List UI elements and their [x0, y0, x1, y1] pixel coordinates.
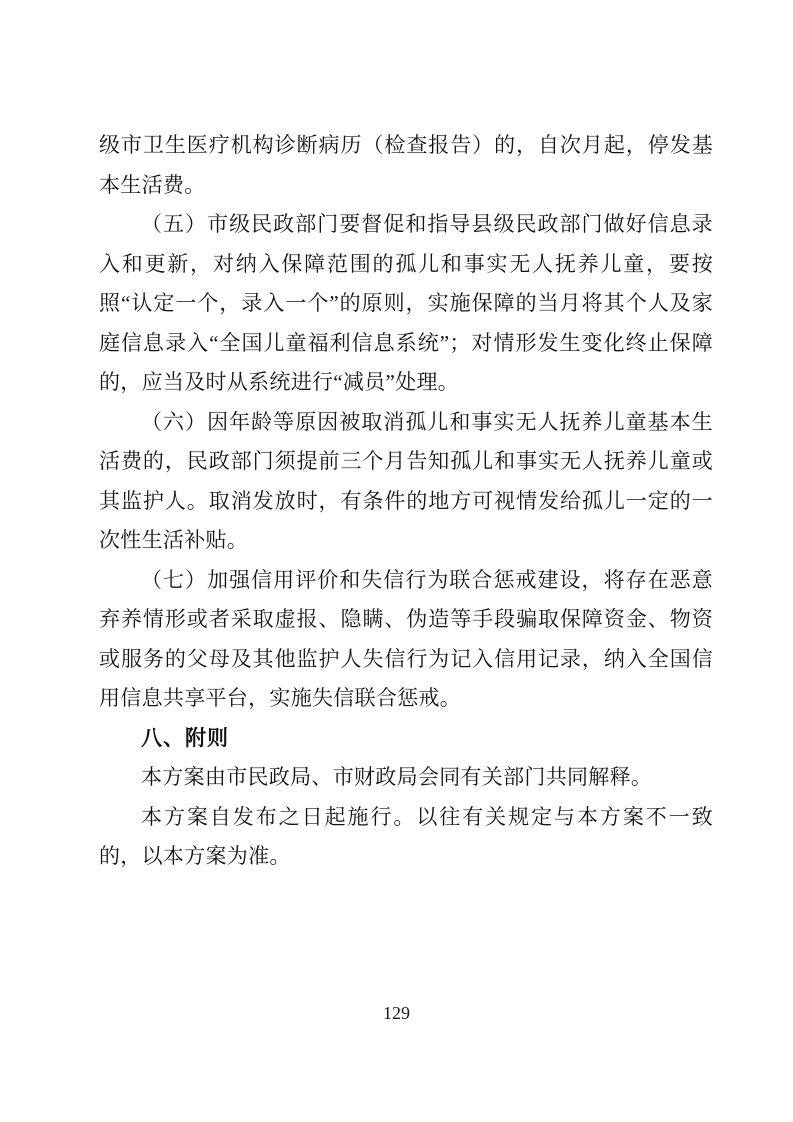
section-heading-supplementary-provisions: 八、附则 [99, 719, 713, 759]
document-page: 级市卫生医疗机构诊断病历（检查报告）的，自次月起，停发基本生活费。 （五）市级民… [0, 0, 793, 1122]
document-body: 级市卫生医疗机构诊断病历（检查报告）的，自次月起，停发基本生活费。 （五）市级民… [99, 126, 713, 877]
paragraph-continuation: 级市卫生医疗机构诊断病历（检查报告）的，自次月起，停发基本生活费。 [99, 126, 713, 205]
paragraph-item-5: （五）市级民政部门要督促和指导县级民政部门做好信息录入和更新，对纳入保障范围的孤… [99, 205, 713, 403]
page-number: 129 [0, 1000, 793, 1026]
paragraph-item-6: （六）因年龄等原因被取消孤儿和事实无人抚养儿童基本生活费的，民政部门须提前三个月… [99, 403, 713, 561]
paragraph-item-7: （七）加强信用评价和失信行为联合惩戒建设，将存在恶意弃养情形或者采取虚报、隐瞒、… [99, 561, 713, 719]
paragraph-effective-date: 本方案自发布之日起施行。以往有关规定与本方案不一致的，以本方案为准。 [99, 798, 713, 877]
paragraph-interpretation: 本方案由市民政局、市财政局会同有关部门共同解释。 [99, 758, 713, 798]
